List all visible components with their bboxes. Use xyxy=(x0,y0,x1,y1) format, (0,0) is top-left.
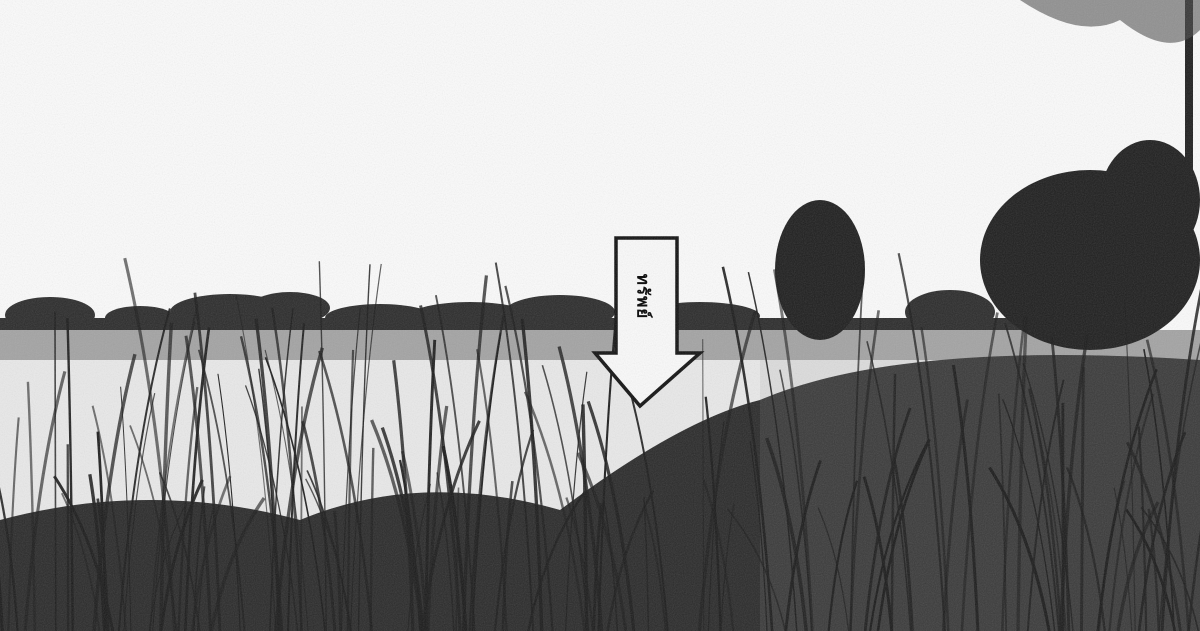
landscape-photo xyxy=(0,0,1200,631)
sign-label: ทรัพย์ xyxy=(618,244,668,349)
photo-scene: ทรัพย์ xyxy=(0,0,1200,631)
sign-label-text: ทรัพย์ xyxy=(629,274,656,320)
